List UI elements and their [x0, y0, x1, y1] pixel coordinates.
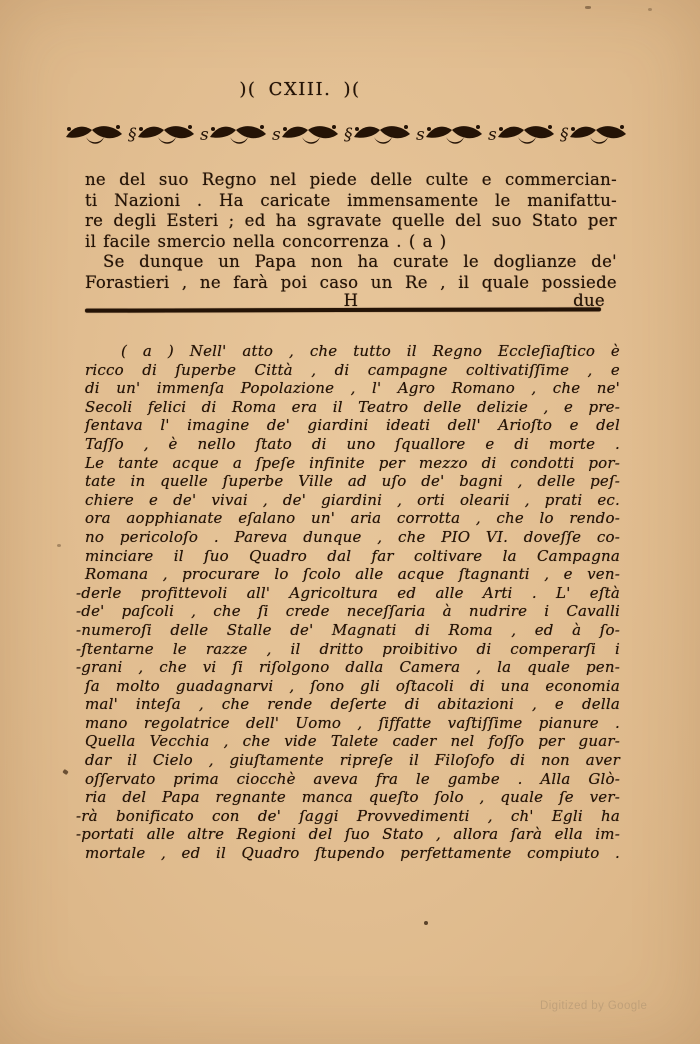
text-line: il facile smercio nella concorrenza . ( … — [85, 232, 617, 253]
ornament-symbol: s — [272, 125, 281, 145]
text-line: Romana , procurare lo ſcolo alle acque ſ… — [85, 565, 620, 584]
text-line: chiere e de' vivai , de' giardini , orti… — [85, 491, 620, 510]
text-line: dar il Cielo , giuſtamente ripreſe il Fi… — [85, 751, 620, 770]
page-number-header: )( CXIII. )( — [0, 79, 600, 100]
fleuron-icon — [210, 125, 266, 144]
paper-speck — [424, 921, 428, 925]
text-line: Secoli felici di Roma era il Teatro dell… — [85, 398, 620, 417]
text-line: -derle profittevoli all' Agricoltura ed … — [85, 584, 620, 603]
fleuron-icon — [138, 125, 194, 144]
book-page: )( CXIII. )( § s s § — [0, 0, 700, 1044]
text-line: ricco di ſuperbe Città , di campagne col… — [85, 361, 620, 380]
fleuron-icon — [426, 125, 482, 144]
text-line: ria del Papa regnante manca queſto ſolo … — [85, 788, 620, 807]
ornament-symbol: s — [488, 125, 497, 145]
fleuron-icon — [498, 125, 554, 144]
text-line: -ſtentarne le razze , il dritto proibiti… — [85, 640, 620, 659]
text-line: ſentava l' imagine de' giardini ideati d… — [85, 416, 620, 435]
fleuron-band-icon: § s s § s s § — [66, 116, 632, 150]
ornament-row: § s s § s s § — [66, 116, 632, 150]
paragraph-2: Se dunque un Papa non ha curate le dogli… — [85, 252, 617, 293]
text-line: minciare il ſuo Quadro dal far coltivare… — [85, 547, 620, 566]
text-line: mal' inteſa , che rende deſerte di abita… — [85, 695, 620, 714]
text-line: Quella Vecchia , che vide Talete cader n… — [85, 732, 620, 751]
text-line: Forastieri , ne farà poi caso un Re , il… — [85, 273, 617, 294]
ornament-symbol: § — [128, 125, 137, 145]
text-line: mortale , ed il Quadro ſtupendo perfetta… — [85, 844, 620, 863]
paper-speck — [57, 544, 61, 547]
text-line: mano regolatrice dell' Uomo , ſiffatte v… — [85, 714, 620, 733]
text-line: re degli Esteri ; ed ha sgravate quelle … — [85, 211, 617, 232]
paper-speck — [585, 6, 591, 9]
text-line: -portati alle altre Regioni del ſuo Stat… — [85, 825, 620, 844]
ornament-symbol: s — [200, 125, 209, 145]
fleuron-icon — [354, 125, 410, 144]
text-line: -numeroſi delle Stalle de' Magnati di Ro… — [85, 621, 620, 640]
text-line: Se dunque un Papa non ha curate le dogli… — [85, 252, 617, 273]
fleuron-icon — [66, 125, 122, 144]
ornament-symbol: § — [344, 125, 353, 145]
ornament-symbol: s — [416, 125, 425, 145]
text-line: Taſſo , è nello ſtato di uno ſquallore e… — [85, 435, 620, 454]
digitized-by-google-watermark: Digitized by Google — [540, 1000, 690, 1012]
text-line: Le tante acque a ſpeſe infinite per mezz… — [85, 454, 620, 473]
text-line: ( a ) Nell' atto , che tutto il Regno Ec… — [85, 342, 620, 361]
text-line: -de' paſcoli , che ſi crede neceſſaria à… — [85, 602, 620, 621]
text-line: -grani , che vi ſi riſolgono dalla Camer… — [85, 658, 620, 677]
fleuron-icon — [282, 125, 338, 144]
paper-speck — [648, 8, 652, 11]
main-text-block: ne del suo Regno nel piede delle culte e… — [85, 170, 617, 311]
text-line: ora aopphianate eſalano un' aria corrott… — [85, 509, 620, 528]
footnote-rule — [85, 307, 601, 312]
text-line: ti Nazioni . Ha caricate immensamente le… — [85, 191, 617, 212]
text-line: oſſervato prima ciocchè aveva fra le gam… — [85, 770, 620, 789]
fleuron-icon — [570, 125, 626, 144]
ornament-symbol: § — [560, 125, 569, 145]
text-line: di un' immenſa Popolazione , l' Agro Rom… — [85, 379, 620, 398]
text-line: -rà bonificato con de' ſaggi Provvedimen… — [85, 807, 620, 826]
paragraph-1: ne del suo Regno nel piede delle culte e… — [85, 170, 617, 252]
footnote-block: ( a ) Nell' atto , che tutto il Regno Ec… — [75, 342, 620, 863]
text-line: tate in quelle ſuperbe Ville ad uſo de' … — [85, 472, 620, 491]
text-line: ne del suo Regno nel piede delle culte e… — [85, 170, 617, 191]
paper-speck — [62, 769, 68, 775]
text-line: no pericoloſo . Pareva dunque , che PIO … — [85, 528, 620, 547]
text-line: ſa molto guadagnarvi , ſono gli oſtacoli… — [85, 677, 620, 696]
